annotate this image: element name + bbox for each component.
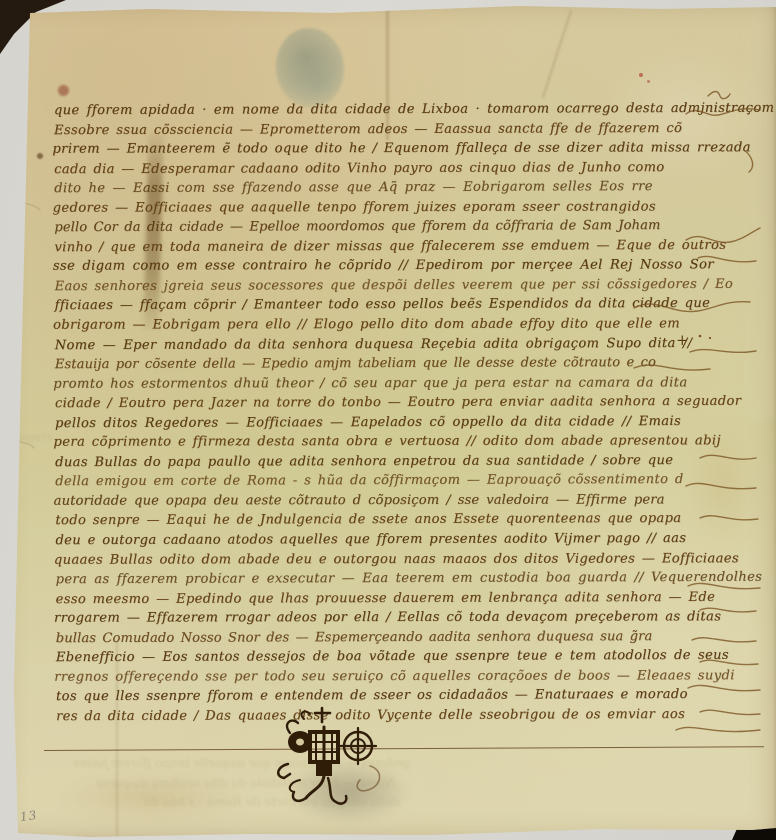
manuscript-line: pellos ditos Regedores — Eofficiaaes — E… <box>55 412 727 434</box>
photo-backdrop: gedores — Eofficiaaes que aaquelle tenpo… <box>0 0 776 840</box>
manuscript-line: esso meesmo — Epedindo que lhas prouuess… <box>56 587 728 609</box>
manuscript-line: vinho / que em toda maneira de dizer mis… <box>54 236 726 258</box>
manuscript-line: bullas Comudado Nosso Snor des — Espemer… <box>56 627 728 649</box>
crease <box>542 10 572 98</box>
manuscript-line: Essobre ssua cõssciencia — Eprometterom … <box>54 118 726 140</box>
manuscript-line: Estauija por cõsente della — Epedio amjm… <box>55 353 727 375</box>
manuscript-text: que fforem apidada · em nome da dita cid… <box>54 99 728 727</box>
manuscript-line: que fforem apidada · em nome da dita cid… <box>54 99 726 121</box>
manuscript-line: pello Cor da dita cidade — Epelloe moord… <box>54 216 726 238</box>
manuscript-line: res da dita cidade / Das quaaes disse od… <box>56 705 728 727</box>
manuscript-line: cada dia — Edesperamar cadaano odito Vin… <box>54 157 726 179</box>
manuscript-line: della emigou em corte de Roma - s hũa da… <box>55 470 727 492</box>
faded-seal-stamp <box>272 25 348 112</box>
manuscript-line: obrigarom — Eobrigam pera ello // Elogo … <box>53 314 728 335</box>
manuscript-line: todo senpre — Eaqui he de Jndulgencia de… <box>55 509 727 531</box>
manuscript-line: tos que lles ssenpre fforom e entendem d… <box>56 685 728 707</box>
crease <box>742 0 776 420</box>
manuscript-line: rregnos offereçendo sse per todo seu ser… <box>54 666 729 687</box>
manuscript-line: Nome — Eper mandado da dita senhora duqu… <box>55 333 727 355</box>
bottom-rule-line <box>44 746 764 751</box>
marginal-cross-mark: + <box>676 331 689 349</box>
manuscript-line: quaaes Bullas odito dom abade deu e outo… <box>54 549 729 570</box>
manuscript-line: sse digam como em esse contrairo he cõpr… <box>53 256 728 277</box>
manuscript-line: cidade / Eoutro pera Jazer na torre do t… <box>55 392 727 414</box>
manuscript-line: pera as ffazerem probicar e exsecutar — … <box>56 568 728 590</box>
page-number: 13 <box>19 808 38 824</box>
manuscript-line: gedores — Eofficiaaes que aaquelle tenpo… <box>53 197 728 218</box>
manuscript-line: rrogarem — Effazerem rrogar adeos por el… <box>54 608 729 629</box>
manuscript-line: fficiaaes — ffaçam cõprir / Emanteer tod… <box>55 294 727 316</box>
manuscript-line: Ebenefficio — Eos santos dessejos de boa… <box>56 646 728 668</box>
manuscript-line: Eaos senhores jgreia seus socessores que… <box>55 275 727 297</box>
manuscript-line: prirem — Emanteerem ẽ todo oque dito he … <box>52 138 727 159</box>
manuscript-line: duas Bullas do papa paullo que adita sen… <box>55 451 727 473</box>
manuscript-line: pera cõprimento e ffirmeza desta santa o… <box>53 432 728 453</box>
parchment-sheet: gedores — Eofficiaaes que aaquelle tenpo… <box>0 0 776 840</box>
stain <box>647 80 650 83</box>
stain <box>58 85 69 96</box>
manuscript-line: dito he — Eassi com sse ffazendo asse qu… <box>54 177 726 199</box>
stain <box>37 153 43 159</box>
bleed-through-text: rrogarem — Effazerem rrogar adeos por el… <box>0 430 52 444</box>
notarial-sign <box>270 706 390 810</box>
manuscript-line: autoridade que opapa deu aeste cõtrauto … <box>54 490 729 511</box>
manuscript-line: promto hos estormentos dhuũ theor / cõ s… <box>53 373 728 394</box>
stain <box>639 73 643 77</box>
left-margin-mark: » <box>2 178 8 189</box>
manuscript-line: deu e outorga cadaano atodos aquelles qu… <box>55 529 727 551</box>
